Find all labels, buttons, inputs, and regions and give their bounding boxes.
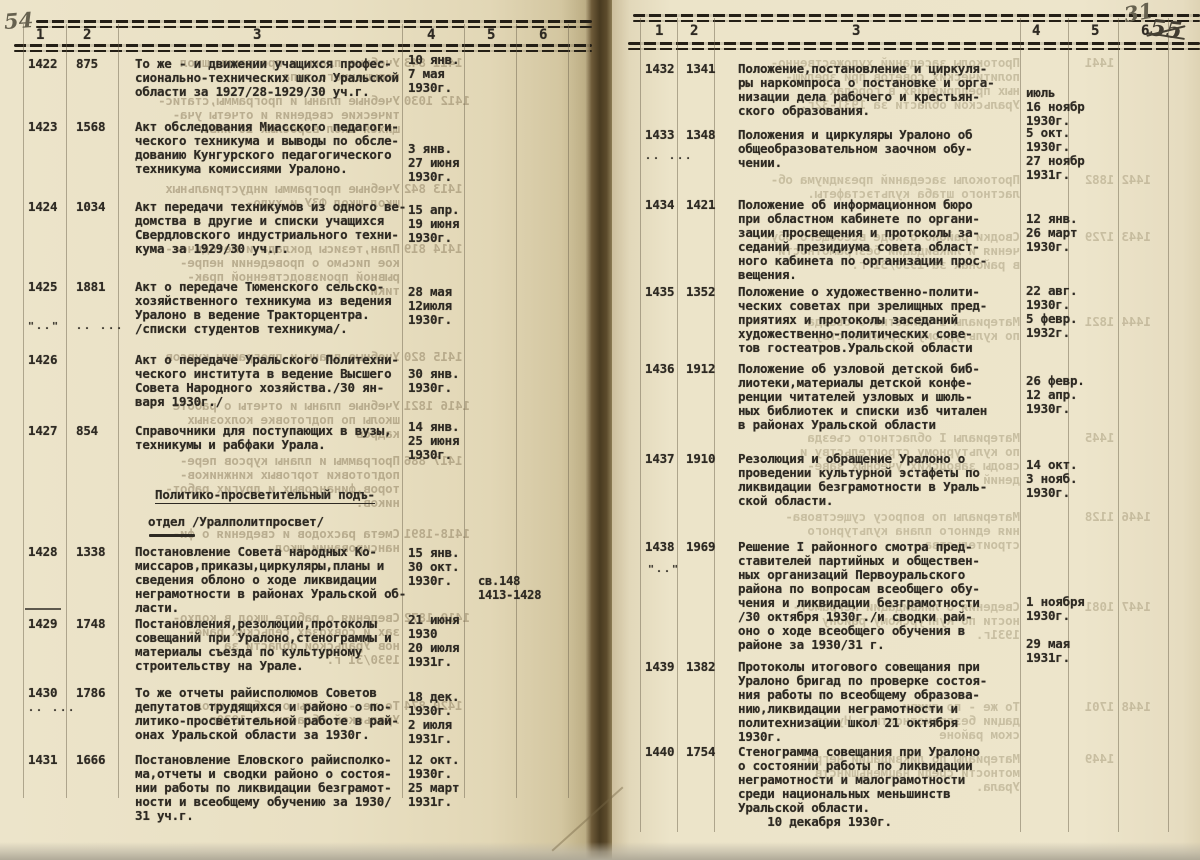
- ghost-number: 1413 842: [404, 182, 463, 196]
- entry-dates: 15 апр. 19 июня 1930г.: [408, 203, 498, 245]
- ghost-number: 1441: [1085, 56, 1114, 70]
- entry-description: Акт обследования Миасского педагоги- чес…: [135, 120, 425, 176]
- entry-dates: 3 янв. 27 июня 1930г.: [408, 142, 498, 184]
- entry-old-number: 1338: [76, 545, 105, 559]
- entry-number: 1436: [645, 362, 674, 376]
- grid-line: [677, 18, 678, 832]
- entry-old-number: 1666: [76, 753, 105, 767]
- grid-line: [464, 24, 465, 798]
- entry-number: 1438: [645, 540, 674, 554]
- entry-number: 1432: [645, 62, 674, 76]
- section-heading-line1: Политико-просветительный подъ-: [155, 488, 375, 504]
- column-header: 3: [852, 24, 860, 38]
- ditto-mark: .. ...: [645, 150, 693, 164]
- entry-dates: 18 дек. 1930г. 2 июля 1931г.: [408, 690, 498, 746]
- column-header: 2: [690, 24, 698, 38]
- ghost-number: 1445: [1085, 431, 1114, 445]
- entry-number: 1431: [28, 753, 57, 767]
- grid-line: [118, 24, 119, 798]
- ghost-number: 1418-1891: [404, 527, 470, 541]
- entry-dates: 5 окт. 1930г. 27 ноябр 1931г.: [1026, 126, 1116, 182]
- grid-line: [1168, 18, 1169, 832]
- column-header: 6: [539, 28, 547, 42]
- header-rule: [633, 14, 1200, 17]
- entry-number: 1427: [28, 424, 57, 438]
- entry-number: 1439: [645, 660, 674, 674]
- entry-dates: 26 февр. 12 апр. 1930г.: [1026, 374, 1116, 416]
- margin-dash: [25, 608, 61, 610]
- entry-old-number: 1748: [76, 617, 105, 631]
- column-header: 5: [487, 28, 495, 42]
- header-rule: [633, 20, 1200, 22]
- entry-old-number: 1421: [686, 198, 715, 212]
- entry-description: Постановление Еловского райисполко- ма,о…: [135, 753, 425, 823]
- entry-old-number: 1969: [686, 540, 715, 554]
- entry-description: То же отчеты райисполюмов Советов депута…: [135, 686, 425, 742]
- grid-line: [516, 24, 517, 798]
- entry-description: Решение I районного смотра пред- ставите…: [738, 540, 1030, 652]
- entry-number: 1423: [28, 120, 57, 134]
- entry-description: Справочники для поступающих в вузы, техн…: [135, 424, 425, 452]
- entry-number: 1424: [28, 200, 57, 214]
- entry-description: То же - и движении учащихся профес- сион…: [135, 57, 425, 99]
- entry-description: Стенограмма совещания при Уралоно о сост…: [738, 745, 1030, 829]
- section-heading-line2: отдел /Уралполитпросвет/: [148, 515, 324, 529]
- grid-line: [1118, 18, 1119, 832]
- column-header: 1: [36, 28, 44, 42]
- ghost-number: 1449: [1085, 752, 1114, 766]
- entry-old-number: 854: [76, 424, 98, 438]
- entry-description: Положение об узловой детской биб- лиотек…: [738, 362, 1030, 432]
- entry-dates: 28 мая 12июля 1930г.: [408, 285, 498, 327]
- entry-old-number: 1910: [686, 452, 715, 466]
- entry-number: 1422: [28, 57, 57, 71]
- column-header: 2: [83, 28, 91, 42]
- entry-dates: 21 июня 1930 20 июля 1931г.: [408, 613, 498, 669]
- grid-line: [66, 24, 67, 798]
- entry-number: 1428: [28, 545, 57, 559]
- entry-description: Положение об информационном бюро при обл…: [738, 198, 1030, 282]
- ditto-mark: "..": [28, 320, 60, 334]
- entry-dates: 30 янв. 1930г.: [408, 367, 498, 395]
- entry-number: 1426: [28, 353, 57, 367]
- entry-dates: июль 16 ноябр 1930г.: [1026, 86, 1116, 128]
- entry-description: Постановления,резолюции,протоколы совеща…: [135, 617, 425, 673]
- column-header: 3: [253, 28, 261, 42]
- entry-old-number: 1341: [686, 62, 715, 76]
- scanned-archive-spread: { "left": { "page_number": "54", "column…: [0, 0, 1200, 860]
- entry-description: Акт передачи техникумов из одного ве- до…: [135, 200, 425, 256]
- column-header: 4: [427, 28, 435, 42]
- entry-number: 1433: [645, 128, 674, 142]
- grid-line: [640, 18, 641, 832]
- entry-dates: 12 янв. 26 март 1930г.: [1026, 212, 1116, 254]
- entry-description: Акт о передаче Тюменского сельско- хозяй…: [135, 280, 425, 336]
- grid-line: [568, 24, 569, 798]
- entry-old-number: 1348: [686, 128, 715, 142]
- entry-dates: 12 окт. 1930г. 25 март 1931г.: [408, 753, 498, 809]
- entry-description: Положение о художественно-полити- ческих…: [738, 285, 1030, 355]
- entry-dates: 1 ноября 1930г. 29 мая 1931г.: [1026, 595, 1116, 665]
- ditto-mark: "..": [648, 563, 680, 577]
- grid-line: [23, 24, 24, 798]
- entry-number: 1425: [28, 280, 57, 294]
- entry-dates: 14 янв. 25 июня 1930г.: [408, 420, 498, 462]
- entry-old-number: 875: [76, 57, 98, 71]
- column-header: 1: [655, 24, 663, 38]
- column-header: 5: [1091, 24, 1099, 38]
- entry-old-number: 1881: [76, 280, 105, 294]
- entry-dates: 10 янв. 7 мая 1930г.: [408, 53, 498, 95]
- column-header: 4: [1032, 24, 1040, 38]
- book-gutter: [585, 0, 612, 860]
- entry-description: Положение,постановление и циркуля- ры на…: [738, 62, 1030, 118]
- heading-underline: [149, 534, 195, 537]
- header-rule: [14, 50, 592, 52]
- entry-description: Положения и циркуляры Уралоно об общеобр…: [738, 128, 1030, 170]
- entry-old-number: 1034: [76, 200, 105, 214]
- entry-old-number: 1352: [686, 285, 715, 299]
- entry-old-number: 1754: [686, 745, 715, 759]
- entry-description: Резолюция и обращение Уралоно о проведен…: [738, 452, 1030, 508]
- entry-dates: 14 окт. 3 нояб. 1930г.: [1026, 458, 1116, 500]
- scan-bottom-edge: [0, 842, 1200, 860]
- entry-number: 1437: [645, 452, 674, 466]
- entry-dates: 22 авг. 1930г. 5 февр. 1932г.: [1026, 284, 1116, 340]
- entry-number: 1429: [28, 617, 57, 631]
- header-rule: [36, 20, 592, 23]
- entry-old-number: 1568: [76, 120, 105, 134]
- entry-description: Протоколы итогового совещания при Уралон…: [738, 660, 1030, 744]
- entry-old-number: 1786: [76, 686, 105, 700]
- column-header: 6: [1141, 24, 1149, 38]
- entry-number: 1434: [645, 198, 674, 212]
- ditto-mark: .. ...: [76, 320, 124, 334]
- entry-description: Постановление Совета народных Ко- миссар…: [135, 545, 425, 615]
- entry-number: 1430: [28, 686, 57, 700]
- entry-number: 1440: [645, 745, 674, 759]
- entry-old-number: 1382: [686, 660, 715, 674]
- page-number-left: 54: [3, 7, 34, 34]
- ditto-mark: .. ...: [28, 702, 76, 716]
- header-rule: [14, 44, 592, 47]
- entry-number: 1435: [645, 285, 674, 299]
- entry-note: св.148 1413-1428: [478, 574, 568, 602]
- entry-old-number: 1912: [686, 362, 715, 376]
- header-rule: [36, 26, 592, 28]
- entry-description: Акт о передаче Уральского Политехни- чес…: [135, 353, 425, 409]
